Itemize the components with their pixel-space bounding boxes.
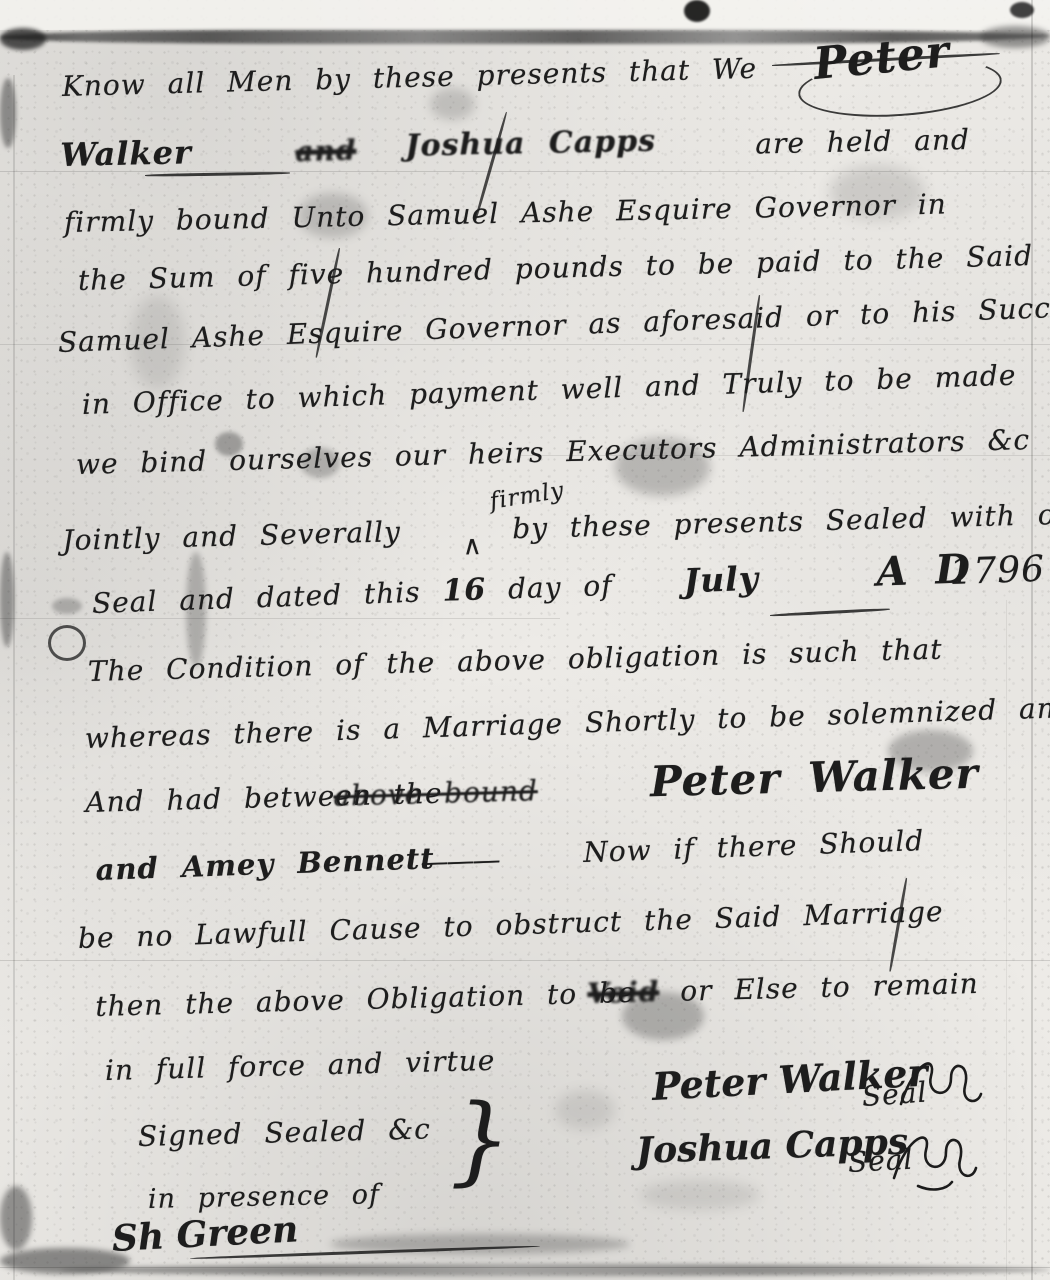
stain [52,598,82,614]
bride-name: and Amey Bennett [95,841,435,887]
filler-dash: ——— [420,843,499,879]
groom-surname: Walker [60,133,192,174]
line13-text: Now if there Should [583,824,925,869]
blotted-word: and [295,134,357,168]
scanned-document-page: Know all Men by these presents that We P… [0,0,1050,1280]
manuscript-line-3: firmly bound Unto Samuel Ashe Esquire Go… [64,188,947,239]
inserted-word: firmly [488,477,566,514]
manuscript-line-12: And had between the above bound Peter Wa… [85,761,1025,786]
crease-line [0,618,560,619]
bond-month: July [683,559,760,601]
manuscript-line-5: Samuel Ashe Esquire Governor as aforesai… [57,288,1050,359]
line2-text: are held and [755,123,970,160]
date-text-b: day of [507,569,613,606]
ink-ring-mark [48,625,86,661]
manuscript-line-15: then the above Obligation to be Void or … [95,966,1025,990]
flourish-line [770,608,890,617]
scan-top-margin [0,0,1050,30]
flourish-line [145,171,290,176]
stain [0,1186,32,1250]
manuscript-line-13: and Amey Bennett ——— Now if there Should [95,821,1024,853]
stain [684,0,710,22]
manuscript-line-2: Walker and Joshua Capps are held and [60,116,1020,136]
witness-signature: Sh Green [111,1208,299,1260]
seal-flourish-icon [888,1122,980,1192]
stain [555,1090,615,1130]
stain [640,1180,760,1210]
line8-text-a: Jointly and Severally [62,515,401,557]
line1-text: Know all Men by these presents that We [62,52,758,103]
manuscript-line-14: be no Lawfull Cause to obstruct the Said… [77,895,944,955]
seal-flourish-icon [895,1052,987,1118]
blotted-void: Void [587,975,660,1010]
manuscript-line-6: in Office to which payment well and Trul… [81,359,1016,421]
stain [0,552,14,647]
stain [980,26,1050,48]
manuscript-line-16: in full force and virtue [105,1044,496,1087]
manuscript-line-1: Know all Men by these presents that We P… [62,52,758,103]
right-paper-edge [1031,0,1033,1280]
caret-mark: ∧ [462,531,483,562]
paper-bottom-edge-shadow [60,1264,1050,1276]
manuscript-line-10: The Condition of the above obligation is… [88,633,943,688]
line8-text-b: by these presents Sealed with our [512,497,1050,545]
bond-day: 16 [442,572,487,609]
line15-text-a: then the above Obligation to be [95,976,636,1023]
left-fold-edge [13,75,15,1280]
stain [0,1248,130,1274]
bond-year: 1796 [949,549,1046,593]
line15-text-b: or Else to remain [680,967,979,1008]
groom-full-name: Peter Walker [649,749,979,807]
manuscript-date-line: Seal and dated this 16 day of July A D 1… [91,553,1032,621]
attestation-brace: } [450,1092,511,1188]
manuscript-line-7: we bind ourselves our heirs Executors Ad… [76,423,1031,481]
attestation-signed: Signed Sealed &c [138,1112,432,1153]
manuscript-line-4: the Sum of five hundred pounds to be pai… [78,239,1034,297]
crease-line [0,1267,1050,1268]
date-text-a: Seal and dated this [91,576,421,620]
stain [0,28,46,50]
bondsman-name: Joshua Capps [405,124,656,164]
struck-words: above bound [333,774,538,812]
